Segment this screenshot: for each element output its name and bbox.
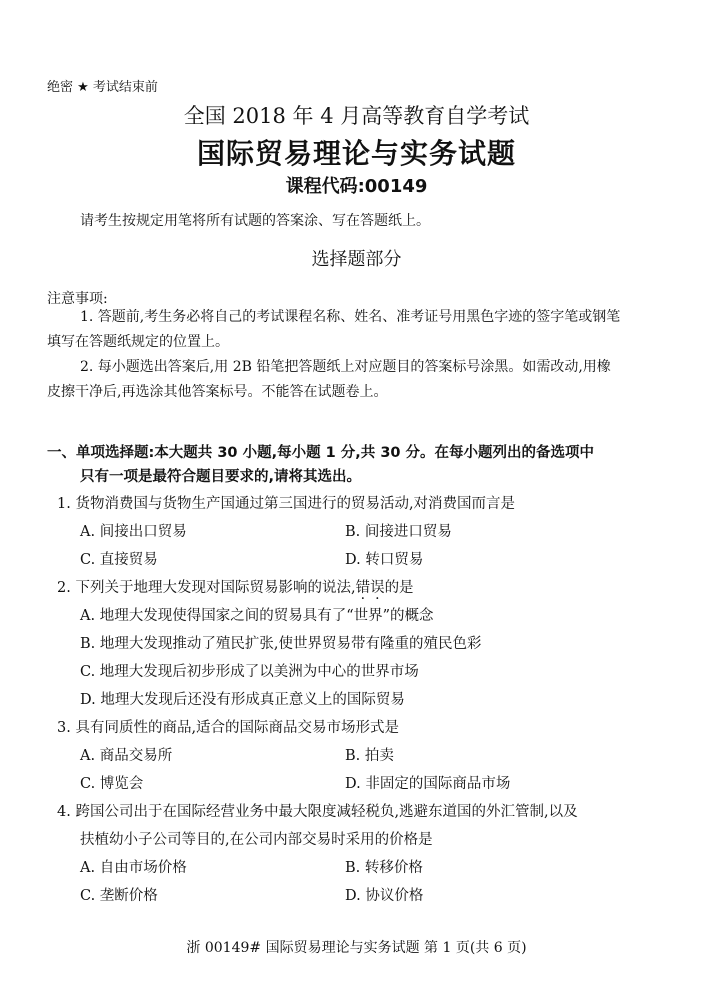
emphasis-char: 误 xyxy=(370,580,385,596)
question-1-option-c: C. 直接贸易 xyxy=(80,548,158,569)
notice-item-2-line-1: 2. 每小题选出答案后,用 2B 铅笔把答题纸上对应题目的答案标号涂黑。如需改动… xyxy=(80,355,611,379)
emphasis-char: 错 xyxy=(356,580,371,596)
secret-mark: 绝密 ★ 考试结束前 xyxy=(47,76,158,95)
answer-instruction: 请考生按规定用笔将所有试题的答案涂、写在答题纸上。 xyxy=(80,210,430,230)
question-1-option-b: B. 间接进口贸易 xyxy=(345,520,452,541)
question-2-option-c: C. 地理大发现后初步形成了以美洲为中心的世界市场 xyxy=(80,660,419,681)
question-2-stem: 2. 下列关于地理大发现对国际贸易影响的说法,错误的是 xyxy=(57,576,414,597)
notice-item-2-line-2: 皮擦干净后,再选涂其他答案标号。不能答在试题卷上。 xyxy=(47,380,387,404)
question-3-option-c: C. 博览会 xyxy=(80,772,143,793)
question-2-option-d: D. 地理大发现后还没有形成真正意义上的国际贸易 xyxy=(80,688,405,709)
question-4-option-d: D. 协议价格 xyxy=(345,884,423,905)
question-4-stem-line-1: 4. 跨国公司出于在国际经营业务中最大限度减轻税负,逃避东道国的外汇管制,以及 xyxy=(57,800,578,821)
question-1-option-d: D. 转口贸易 xyxy=(345,548,423,569)
question-4-option-c: C. 垄断价格 xyxy=(80,884,158,905)
question-3-stem: 3. 具有同质性的商品,适合的国际商品交易市场形式是 xyxy=(57,716,399,737)
part-heading-line-2: 只有一项是最符合题目要求的,请将其选出。 xyxy=(80,465,361,486)
question-4-stem-line-2: 扶植幼小子公司等目的,在公司内部交易时采用的价格是 xyxy=(80,828,433,849)
question-4-option-a: A. 自由市场价格 xyxy=(80,856,187,877)
exam-title: 全国 2018 年 4 月高等教育自学考试 xyxy=(0,100,713,130)
question-2-stem-prefix: 2. 下列关于地理大发现对国际贸易影响的说法, xyxy=(57,580,356,596)
question-1-option-a: A. 间接出口贸易 xyxy=(80,520,187,541)
question-2-option-b: B. 地理大发现推动了殖民扩张,使世界贸易带有隆重的殖民色彩 xyxy=(80,632,481,653)
part-heading-line-1: 一、单项选择题:本大题共 30 小题,每小题 1 分,共 30 分。在每小题列出… xyxy=(47,441,594,462)
page-footer: 浙 00149# 国际贸易理论与实务试题 第 1 页(共 6 页) xyxy=(0,937,713,957)
subject-title: 国际贸易理论与实务试题 xyxy=(0,132,713,172)
section-heading: 选择题部分 xyxy=(0,245,713,271)
question-2-stem-suffix: 的是 xyxy=(385,580,414,596)
course-code: 课程代码:00149 xyxy=(0,172,713,198)
question-3-option-a: A. 商品交易所 xyxy=(80,744,172,765)
question-3-option-b: B. 拍卖 xyxy=(345,744,394,765)
question-4-option-b: B. 转移价格 xyxy=(345,856,423,877)
question-3-option-d: D. 非固定的国际商品市场 xyxy=(345,772,510,793)
question-1-stem: 1. 货物消费国与货物生产国通过第三国进行的贸易活动,对消费国而言是 xyxy=(57,492,515,513)
notice-item-1-line-1: 1. 答题前,考生务必将自己的考试课程名称、姓名、准考证号用黑色字迹的签字笔或钢… xyxy=(80,305,620,329)
notice-item-1-line-2: 填写在答题纸规定的位置上。 xyxy=(47,330,229,354)
question-2-option-a: A. 地理大发现使得国家之间的贸易具有了“世界”的概念 xyxy=(80,604,434,625)
